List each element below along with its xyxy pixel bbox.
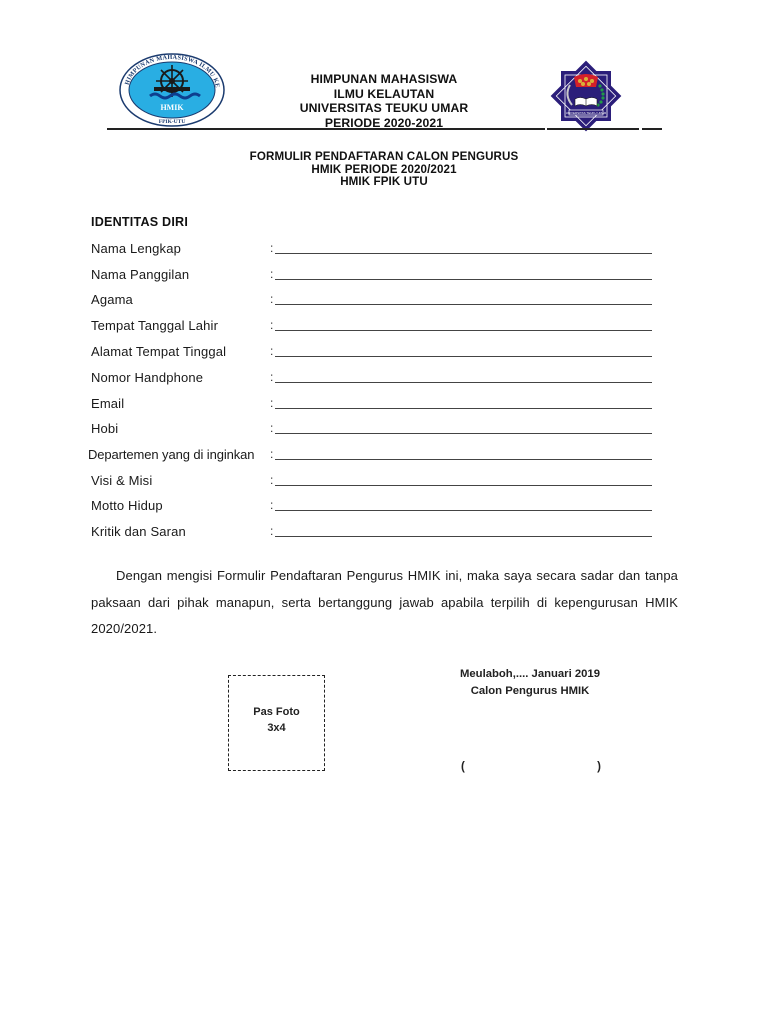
fill-in-line[interactable]	[275, 330, 652, 331]
field-label: Visi & Misi	[91, 473, 152, 488]
field-separator: :	[270, 421, 273, 435]
declaration-statement: Dengan mengisi Formulir Pendaftaran Peng…	[91, 563, 678, 643]
field-separator: :	[270, 318, 273, 332]
section-heading: IDENTITAS DIRI	[91, 215, 188, 229]
organization-header: HIMPUNAN MAHASISWA ILMU KELAUTAN UNIVERS…	[250, 72, 518, 130]
field-motto-hidup: Motto Hidup :	[0, 498, 768, 518]
header-line: UNIVERSITAS TEUKU UMAR	[250, 101, 518, 116]
open-paren: (	[461, 761, 465, 773]
header-line: HIMPUNAN MAHASISWA	[250, 72, 518, 87]
field-agama: Agama :	[0, 292, 768, 312]
fill-in-line[interactable]	[275, 510, 652, 511]
signer-role: Calon Pengurus HMIK	[420, 683, 640, 700]
field-alamat-tempat-tinggal: Alamat Tempat Tinggal :	[0, 344, 768, 364]
field-separator: :	[270, 396, 273, 410]
fill-in-line[interactable]	[275, 356, 652, 357]
field-separator: :	[270, 498, 273, 512]
photo-label: Pas Foto 3x4	[229, 704, 324, 736]
form-title: FORMULIR PENDAFTARAN CALON PENGURUS HMIK…	[200, 151, 568, 189]
field-label: Nama Lengkap	[91, 241, 181, 256]
field-kritik-saran: Kritik dan Saran :	[0, 524, 768, 544]
field-nama-lengkap: Nama Lengkap :	[0, 241, 768, 261]
photo-placeholder: Pas Foto 3x4	[228, 675, 325, 771]
field-separator: :	[270, 447, 273, 461]
svg-text:FPIK-UTU: FPIK-UTU	[159, 119, 186, 125]
form-title-line: FORMULIR PENDAFTARAN CALON PENGURUS	[200, 151, 568, 164]
field-label: Nomor Handphone	[91, 370, 203, 385]
photo-label-line: Pas Foto	[229, 704, 324, 720]
header-divider	[107, 128, 545, 130]
fill-in-line[interactable]	[275, 459, 652, 460]
university-logo: UNIVERSITAS TEUKU UMAR	[545, 55, 627, 137]
field-label: Departemen yang di inginkan	[88, 447, 254, 462]
photo-size: 3x4	[229, 720, 324, 736]
field-nomor-handphone: Nomor Handphone :	[0, 370, 768, 390]
field-separator: :	[270, 292, 273, 306]
fill-in-line[interactable]	[275, 408, 652, 409]
header-divider	[642, 128, 662, 130]
field-visi-misi: Visi & Misi :	[0, 473, 768, 493]
field-email: Email :	[0, 396, 768, 416]
fill-in-line[interactable]	[275, 253, 652, 254]
field-separator: :	[270, 267, 273, 281]
header-line: ILMU KELAUTAN	[250, 87, 518, 102]
svg-text:HMIK: HMIK	[160, 103, 184, 112]
field-tempat-tanggal-lahir: Tempat Tanggal Lahir :	[0, 318, 768, 338]
field-separator: :	[270, 370, 273, 384]
field-hobi: Hobi :	[0, 421, 768, 441]
field-label: Agama	[91, 292, 133, 307]
fill-in-line[interactable]	[275, 279, 652, 280]
eight-point-star-logo-icon: UNIVERSITAS TEUKU UMAR	[545, 55, 627, 137]
fill-in-line[interactable]	[275, 536, 652, 537]
field-departemen: Departemen yang di inginkan :	[0, 447, 768, 467]
fill-in-line[interactable]	[275, 382, 652, 383]
field-separator: :	[270, 241, 273, 255]
field-separator: :	[270, 524, 273, 538]
signature-block: Meulaboh,.... Januari 2019 Calon Penguru…	[420, 666, 640, 700]
form-title-line: HMIK FPIK UTU	[200, 176, 568, 189]
fill-in-line[interactable]	[275, 485, 652, 486]
fill-in-line[interactable]	[275, 304, 652, 305]
field-nama-panggilan: Nama Panggilan :	[0, 267, 768, 287]
field-label: Kritik dan Saran	[91, 524, 186, 539]
field-label: Tempat Tanggal Lahir	[91, 318, 218, 333]
ship-wheel-logo-icon: HIMPUNAN MAHASISWA ILMU KELAUTAN HMIK FP…	[118, 52, 226, 128]
fill-in-line[interactable]	[275, 433, 652, 434]
field-separator: :	[270, 344, 273, 358]
field-label: Hobi	[91, 421, 118, 436]
field-label: Motto Hidup	[91, 498, 163, 513]
field-label: Nama Panggilan	[91, 267, 189, 282]
field-separator: :	[270, 473, 273, 487]
hmik-logo: HIMPUNAN MAHASISWA ILMU KELAUTAN HMIK FP…	[118, 52, 226, 128]
field-label: Alamat Tempat Tinggal	[91, 344, 226, 359]
header-divider	[547, 128, 639, 130]
close-paren: )	[597, 761, 601, 773]
field-label: Email	[91, 396, 124, 411]
svg-text:UNIVERSITAS TEUKU UMAR: UNIVERSITAS TEUKU UMAR	[566, 111, 607, 115]
place-date: Meulaboh,.... Januari 2019	[420, 666, 640, 683]
declaration-text: Dengan mengisi Formulir Pendaftaran Peng…	[91, 563, 678, 643]
